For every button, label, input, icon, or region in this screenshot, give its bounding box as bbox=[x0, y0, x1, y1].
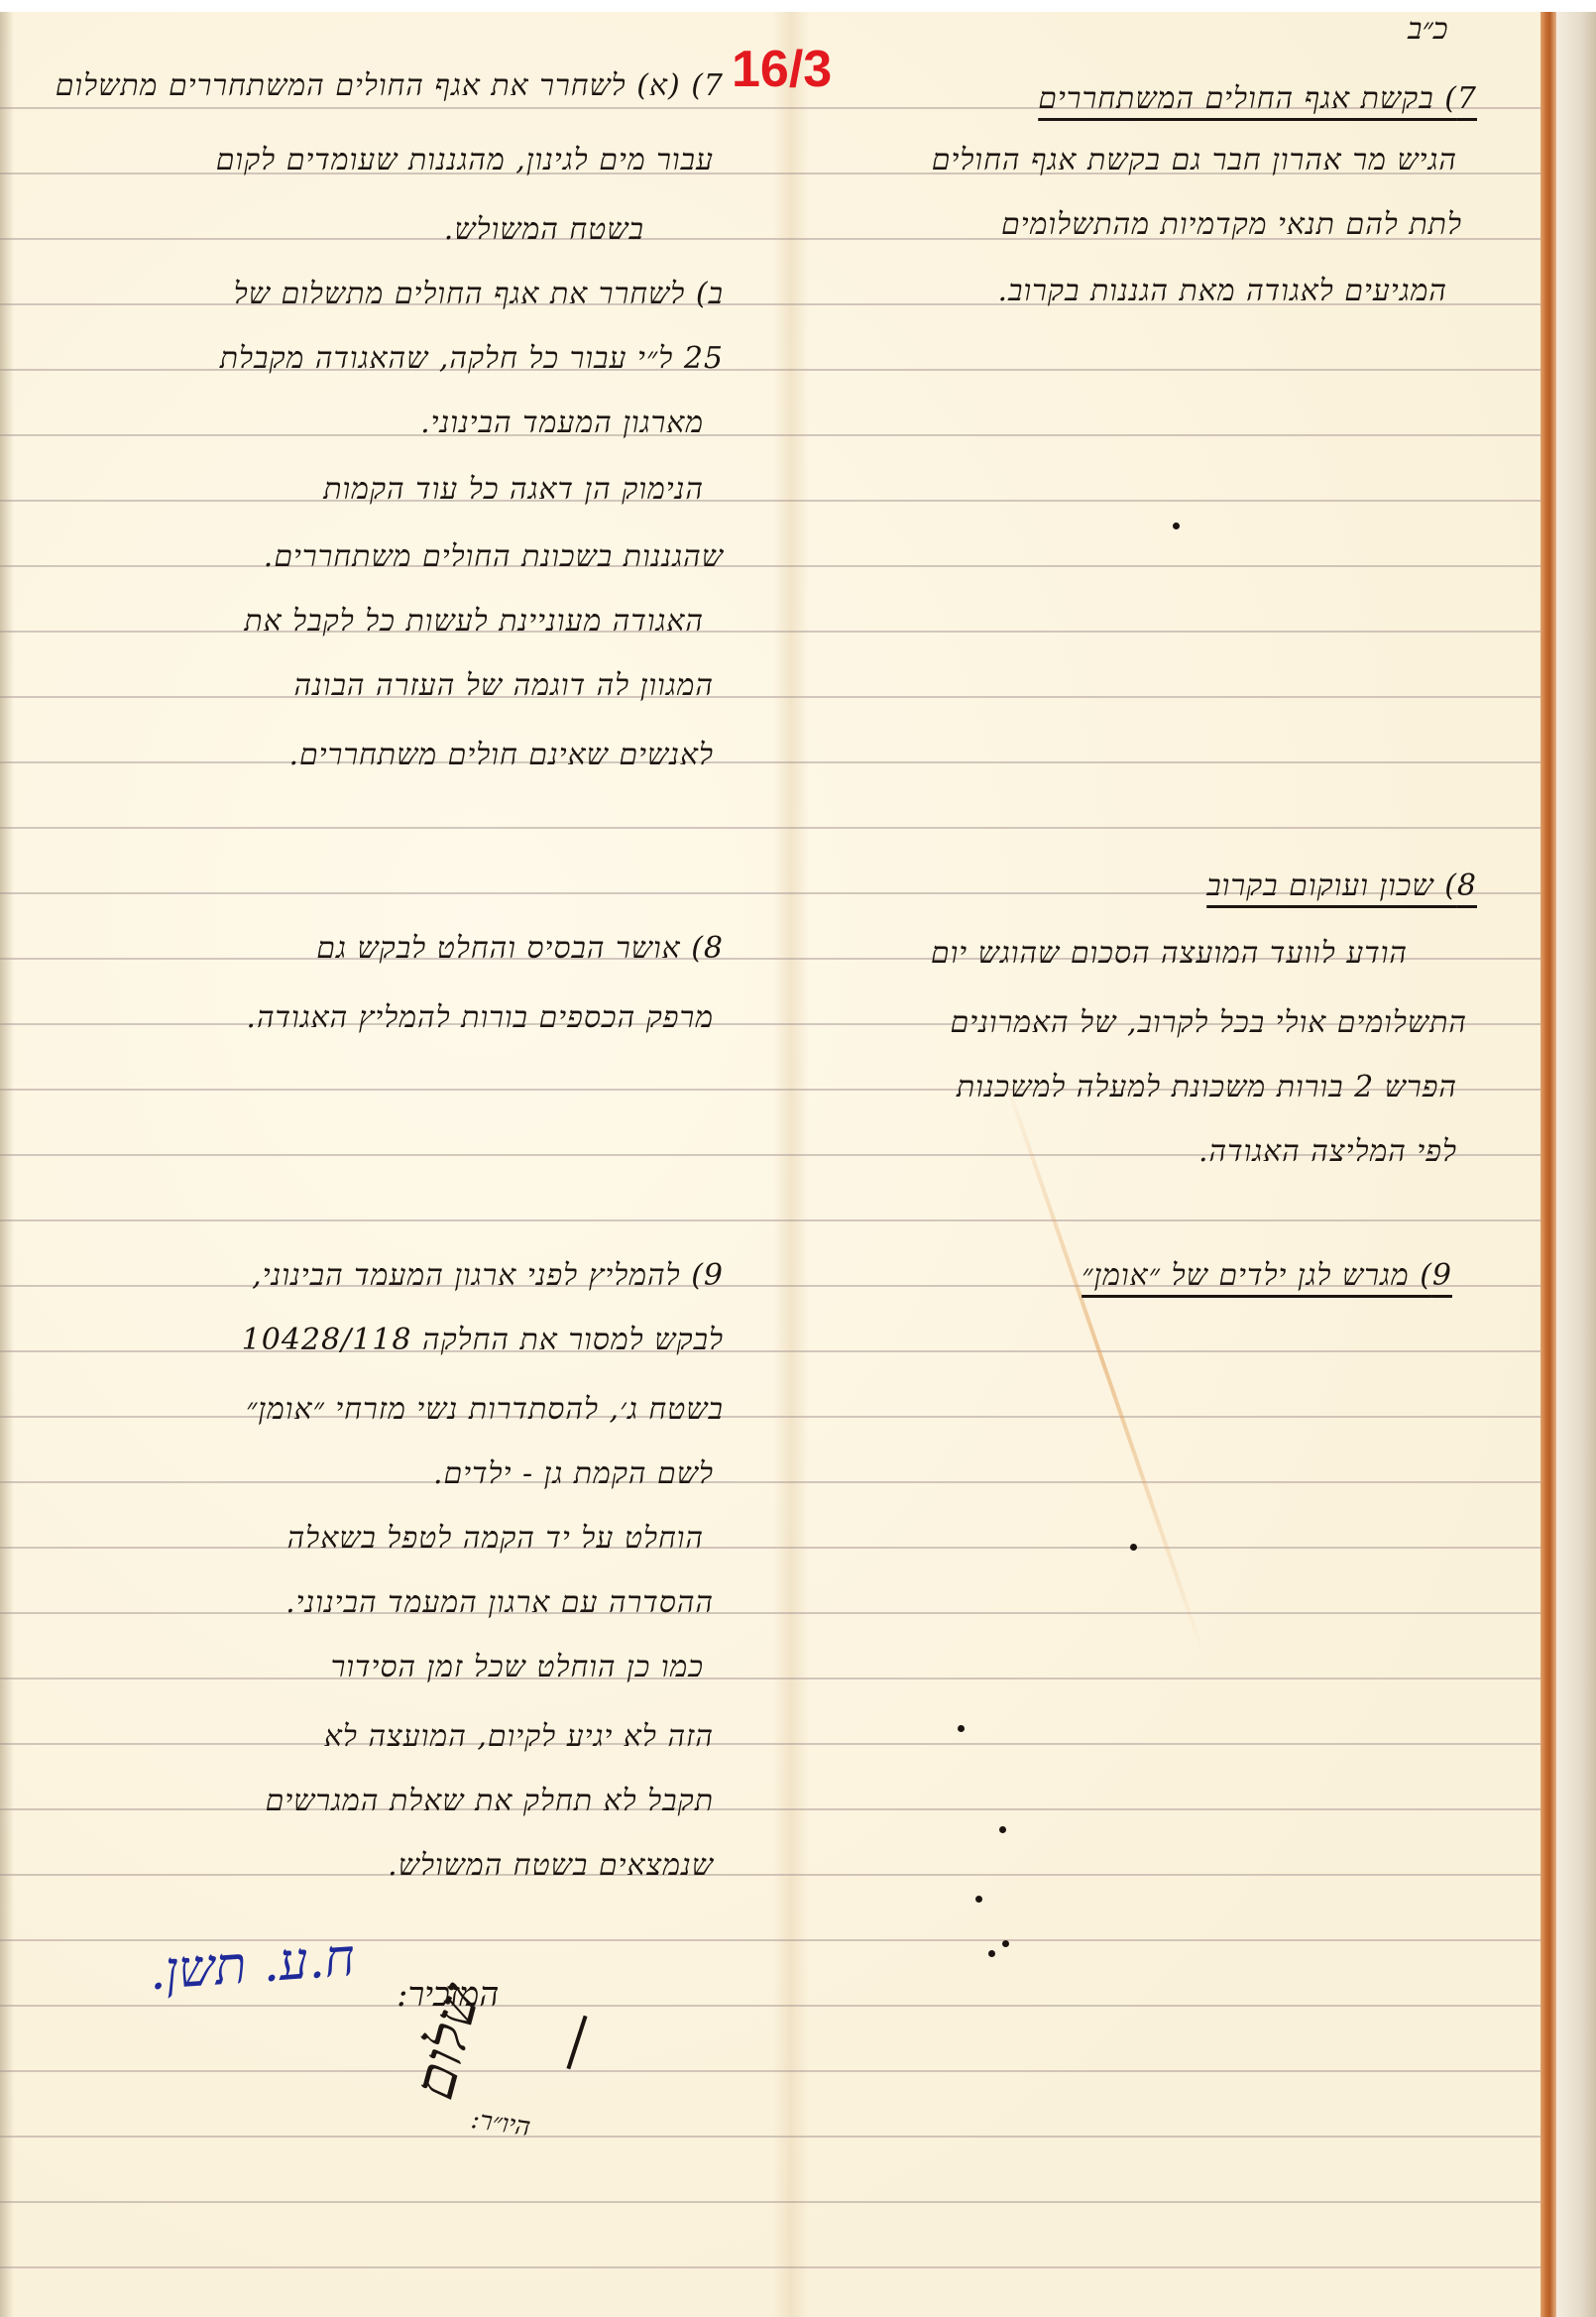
right-8-line-1: הודע לוועד המועצה הסכום שהוגש יום bbox=[931, 934, 1408, 974]
ink-dot bbox=[988, 1950, 995, 1957]
left-7-line-9: האגודה מעוניינת לעשות כל לקבל את bbox=[244, 602, 704, 641]
ruled-line bbox=[0, 1481, 1540, 1483]
ruled-line bbox=[0, 1678, 1540, 1680]
ink-dot bbox=[1002, 1940, 1009, 1947]
left-9-line-8: הזה לא יגיע לקיום, המועצה לא bbox=[324, 1717, 714, 1757]
right-8-line-3: הפרש 2 בורות משכונת למעלה למשכנות bbox=[957, 1068, 1457, 1107]
ruled-line bbox=[0, 1219, 1540, 1221]
left-9-line-7: כמו כן הוחלט שכל זמן הסידור bbox=[331, 1648, 704, 1687]
paper-stain bbox=[1001, 1072, 1205, 1655]
left-7-line-5: 25 ל״י עבור כל חלקה, שהאגודה מקבלת bbox=[220, 339, 724, 379]
notebook-page: 16/3 כ״ב 7) (א) לשחרר את אגף החולים המשת… bbox=[0, 12, 1596, 2317]
ruled-line bbox=[0, 2070, 1540, 2072]
left-7-line-7: הנימוק הן דאגה כל עוד הקמות bbox=[323, 470, 704, 510]
ruled-line bbox=[0, 1743, 1540, 1745]
right-7-line-2: לתת להם תנאי מקדמיות מהתשלומים bbox=[1001, 205, 1462, 245]
ruled-line bbox=[0, 696, 1540, 698]
right-8-heading: 8) שכון ועוקום בקרוב bbox=[1206, 867, 1477, 906]
ruled-line bbox=[0, 2136, 1540, 2138]
ruled-line bbox=[0, 2005, 1540, 2007]
signature-tick-mark bbox=[566, 2016, 587, 2069]
right-9-heading: 9) מגרש לגן ילדים של ״אומן״ bbox=[1082, 1256, 1452, 1296]
left-7-line-2: עבור מים לגינון, מהגננות שעומדים לקום bbox=[216, 141, 714, 180]
right-8-line-4: לפי המליצה האגודה. bbox=[1198, 1132, 1457, 1172]
ruled-line bbox=[0, 1808, 1540, 1810]
ink-dot bbox=[1173, 522, 1180, 529]
ruled-line bbox=[0, 2266, 1540, 2268]
ruled-line bbox=[0, 1547, 1540, 1549]
left-9-line-6: ההסדרה עם ארגון המעמד הבינוני. bbox=[285, 1583, 714, 1623]
ruled-line bbox=[0, 761, 1540, 763]
right-7-line-3: המגיעים לאגודה מאת הגננות בקרוב. bbox=[998, 272, 1447, 311]
right-7-heading: 7) בקשת אגף החולים המשתחררים bbox=[1038, 79, 1477, 119]
left-7-line-8: שהגננות בשכונת החולים משתחררים. bbox=[264, 537, 724, 577]
ruled-line bbox=[0, 500, 1540, 502]
left-9-line-3: בשטח ג׳, להסתדרות נשי מזרחי ״אומן״ bbox=[246, 1390, 724, 1430]
right-8-line-2: התשלומים אולי בכל לקרוב, של האמרונים bbox=[951, 1003, 1468, 1043]
ruled-line bbox=[0, 1416, 1540, 1418]
left-7-line-10: המגוון לה דוגמה של העזרה הבונה bbox=[293, 666, 714, 706]
left-7-line-4: ב) לשחרר את אגף החולים מתשלום של bbox=[234, 275, 724, 314]
left-7-line-3: בשטח המשולש. bbox=[444, 210, 644, 250]
book-binding bbox=[1540, 12, 1556, 2317]
ink-dot bbox=[999, 1826, 1006, 1833]
left-9-line-5: הוחלט על יד הקמה לטפל בשאלה bbox=[287, 1519, 704, 1559]
left-7-line-11: לאנשים שאינם חולים משתחררים. bbox=[288, 736, 714, 775]
ruled-line bbox=[0, 1350, 1540, 1352]
left-9-line-10: שנמצאים בשטח המשולש. bbox=[388, 1846, 714, 1886]
ruled-line bbox=[0, 434, 1540, 436]
ruled-line bbox=[0, 1874, 1540, 1876]
page-left-shadow bbox=[0, 12, 14, 2317]
ruled-line bbox=[0, 827, 1540, 829]
ruled-line bbox=[0, 1612, 1540, 1614]
ruled-line bbox=[0, 565, 1540, 567]
left-9-line-9: תקבל לא תחלק את שאלת המגרשים bbox=[266, 1782, 714, 1821]
left-9-line-4: לשם הקמת גן - ילדים. bbox=[433, 1454, 714, 1494]
left-8-line-1: 8) אושר הבסיס והחלט לבקש גם bbox=[316, 929, 724, 969]
left-7-line-1: 7) (א) לשחרר את אגף החולים המשתחררים מתש… bbox=[56, 66, 724, 106]
page-corner-mark: כ״ב bbox=[1408, 12, 1448, 47]
left-7-line-6: מארגון המעמד הבינוני. bbox=[420, 404, 704, 443]
ink-dot bbox=[975, 1896, 982, 1903]
left-9-line-2: לבקש למסור את החלקה 10428/118 bbox=[242, 1321, 724, 1360]
ruled-line bbox=[0, 631, 1540, 633]
ink-dot bbox=[958, 1725, 965, 1732]
page-center-gutter bbox=[773, 12, 809, 2317]
book-edge bbox=[1556, 12, 1596, 2317]
left-9-line-1: 9) להמליץ לפני ארגון המעמד הבינוני, bbox=[252, 1256, 724, 1296]
left-8-line-2: מרפק הכספים בורות להמליץ האגודה. bbox=[246, 998, 714, 1038]
ink-dot bbox=[1130, 1544, 1137, 1551]
ruled-line bbox=[0, 2201, 1540, 2203]
right-7-line-1: הגיש מר אהרון חבר גם בקשת אגף החולים bbox=[932, 141, 1457, 180]
page-stamp: 16/3 bbox=[732, 40, 832, 99]
